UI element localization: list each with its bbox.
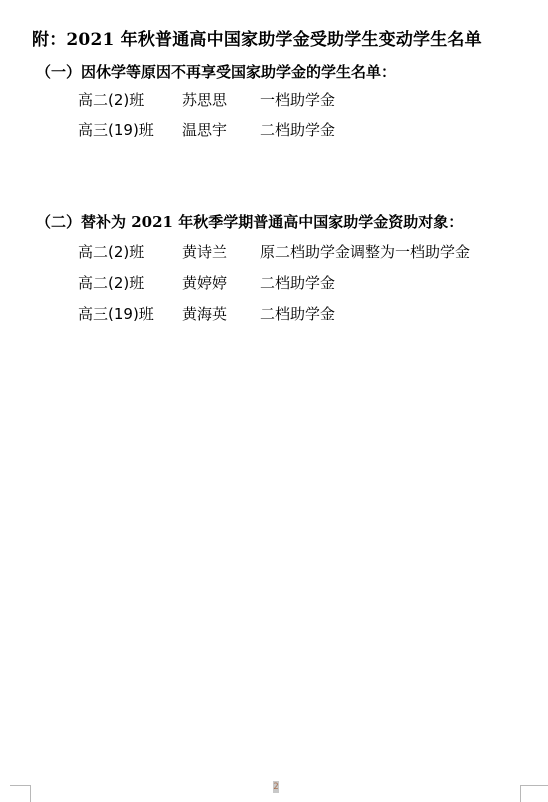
grant-level: 二档助学金	[260, 303, 335, 324]
student-name: 苏思思	[182, 89, 227, 110]
list-item: 高二(2)班 黄诗兰 原二档助学金调整为一档助学金	[0, 241, 548, 263]
student-name: 黄婷婷	[182, 272, 227, 293]
student-class: 高三(19)班	[78, 119, 154, 140]
student-class: 高二(2)班	[78, 241, 144, 262]
student-name: 黄诗兰	[182, 241, 227, 262]
student-class: 高二(2)班	[78, 272, 144, 293]
margin-corner-mark-left	[10, 785, 31, 802]
list-item: 高三(19)班 黄海英 二档助学金	[0, 303, 548, 325]
student-class: 高三(19)班	[78, 303, 154, 324]
document-title: 附：2021 年秋普通高中国家助学金受助学生变动学生名单	[32, 25, 482, 50]
page-number: 2	[273, 781, 279, 793]
list-item: 高二(2)班 苏思思 一档助学金	[0, 89, 548, 111]
section-heading-withdrawn: （一）因休学等原因不再享受国家助学金的学生名单：	[36, 61, 396, 82]
margin-corner-mark-right	[520, 785, 548, 802]
grant-level: 原二档助学金调整为一档助学金	[260, 241, 470, 262]
student-name: 温思宇	[182, 119, 227, 140]
student-class: 高二(2)班	[78, 89, 144, 110]
student-name: 黄海英	[182, 303, 227, 324]
list-item: 高三(19)班 温思宇 二档助学金	[0, 119, 548, 141]
list-item: 高二(2)班 黄婷婷 二档助学金	[0, 272, 548, 294]
grant-level: 二档助学金	[260, 272, 335, 293]
grant-level: 一档助学金	[260, 89, 335, 110]
section-heading-replacement: （二）替补为 2021 年秋季学期普通高中国家助学金资助对象：	[36, 211, 463, 232]
grant-level: 二档助学金	[260, 119, 335, 140]
